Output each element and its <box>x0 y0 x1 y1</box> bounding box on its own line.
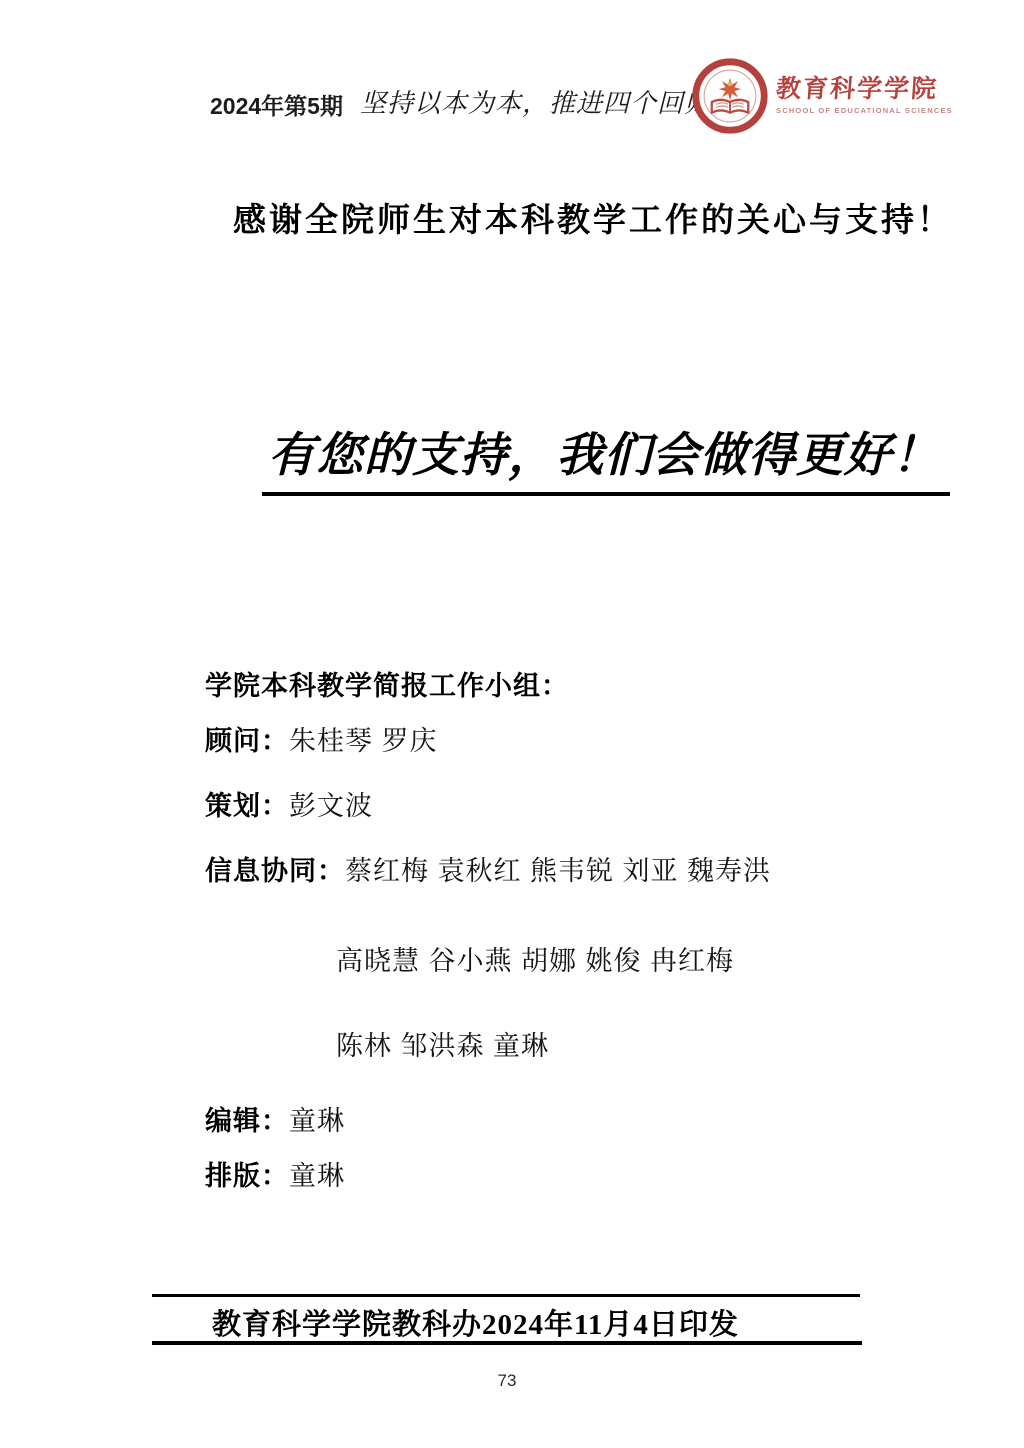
page-number: 73 <box>152 1371 862 1391</box>
credit-value: 高晓慧 谷小燕 胡娜 姚俊 冉红梅 <box>336 946 734 976</box>
credit-value: 彭文波 <box>289 791 373 821</box>
document-page: { "header": { "issue": "2024年第5期", "mott… <box>0 0 1024 1448</box>
school-emblem-icon <box>692 58 768 134</box>
footer-rule-top <box>152 1294 860 1297</box>
school-name-cn: 教育科学学院 <box>775 77 954 102</box>
school-logo: 教育科学学院 SCHOOL OF EDUCATIONAL SCIENCES <box>692 58 953 134</box>
issue-label: 2024年第5期 <box>210 88 343 121</box>
credit-row-info-coordination: 信息协同：蔡红梅 袁秋红 熊韦锐 刘亚 魏寿洪 <box>205 849 771 888</box>
credit-continuation-line: 高晓慧 谷小燕 胡娜 姚俊 冉红梅 <box>336 939 734 978</box>
credit-value: 朱桂琴 罗庆 <box>289 726 438 756</box>
credit-row-editor: 编辑：童琳 <box>205 1099 345 1138</box>
credit-label: 策划： <box>205 791 289 821</box>
credit-value: 童琳 <box>289 1161 345 1191</box>
credit-value: 蔡红梅 袁秋红 熊韦锐 刘亚 魏寿洪 <box>345 856 771 886</box>
thanks-heading: 感谢全院师生对本科教学工作的关心与支持！ <box>233 194 953 241</box>
credit-row-advisor: 顾问：朱桂琴 罗庆 <box>205 719 438 758</box>
school-logo-text: 教育科学学院 SCHOOL OF EDUCATIONAL SCIENCES <box>776 77 953 115</box>
header-motto: 坚持以本为本，推进四个回归 <box>360 83 711 120</box>
credit-row-layout: 排版：童琳 <box>205 1154 345 1193</box>
slogan-heading: 有您的支持，我们会做得更好！ <box>262 418 950 496</box>
credit-continuation-line: 陈林 邹洪森 童琳 <box>336 1024 549 1063</box>
credit-label: 排版： <box>205 1161 289 1191</box>
credit-row-planner: 策划：彭文波 <box>205 784 373 823</box>
footer-issued-by: 教育科学学院教科办2024年11月4日印发 <box>212 1302 739 1343</box>
footer-rule-bottom <box>152 1341 862 1345</box>
credit-value: 童琳 <box>289 1106 345 1136</box>
credit-value: 陈林 邹洪森 童琳 <box>336 1031 549 1061</box>
credit-label: 信息协同： <box>205 856 345 886</box>
credit-label: 顾问： <box>205 726 289 756</box>
credits-title: 学院本科教学简报工作小组： <box>205 664 569 703</box>
school-name-en: SCHOOL OF EDUCATIONAL SCIENCES <box>776 107 953 115</box>
credit-label: 编辑： <box>205 1106 289 1136</box>
